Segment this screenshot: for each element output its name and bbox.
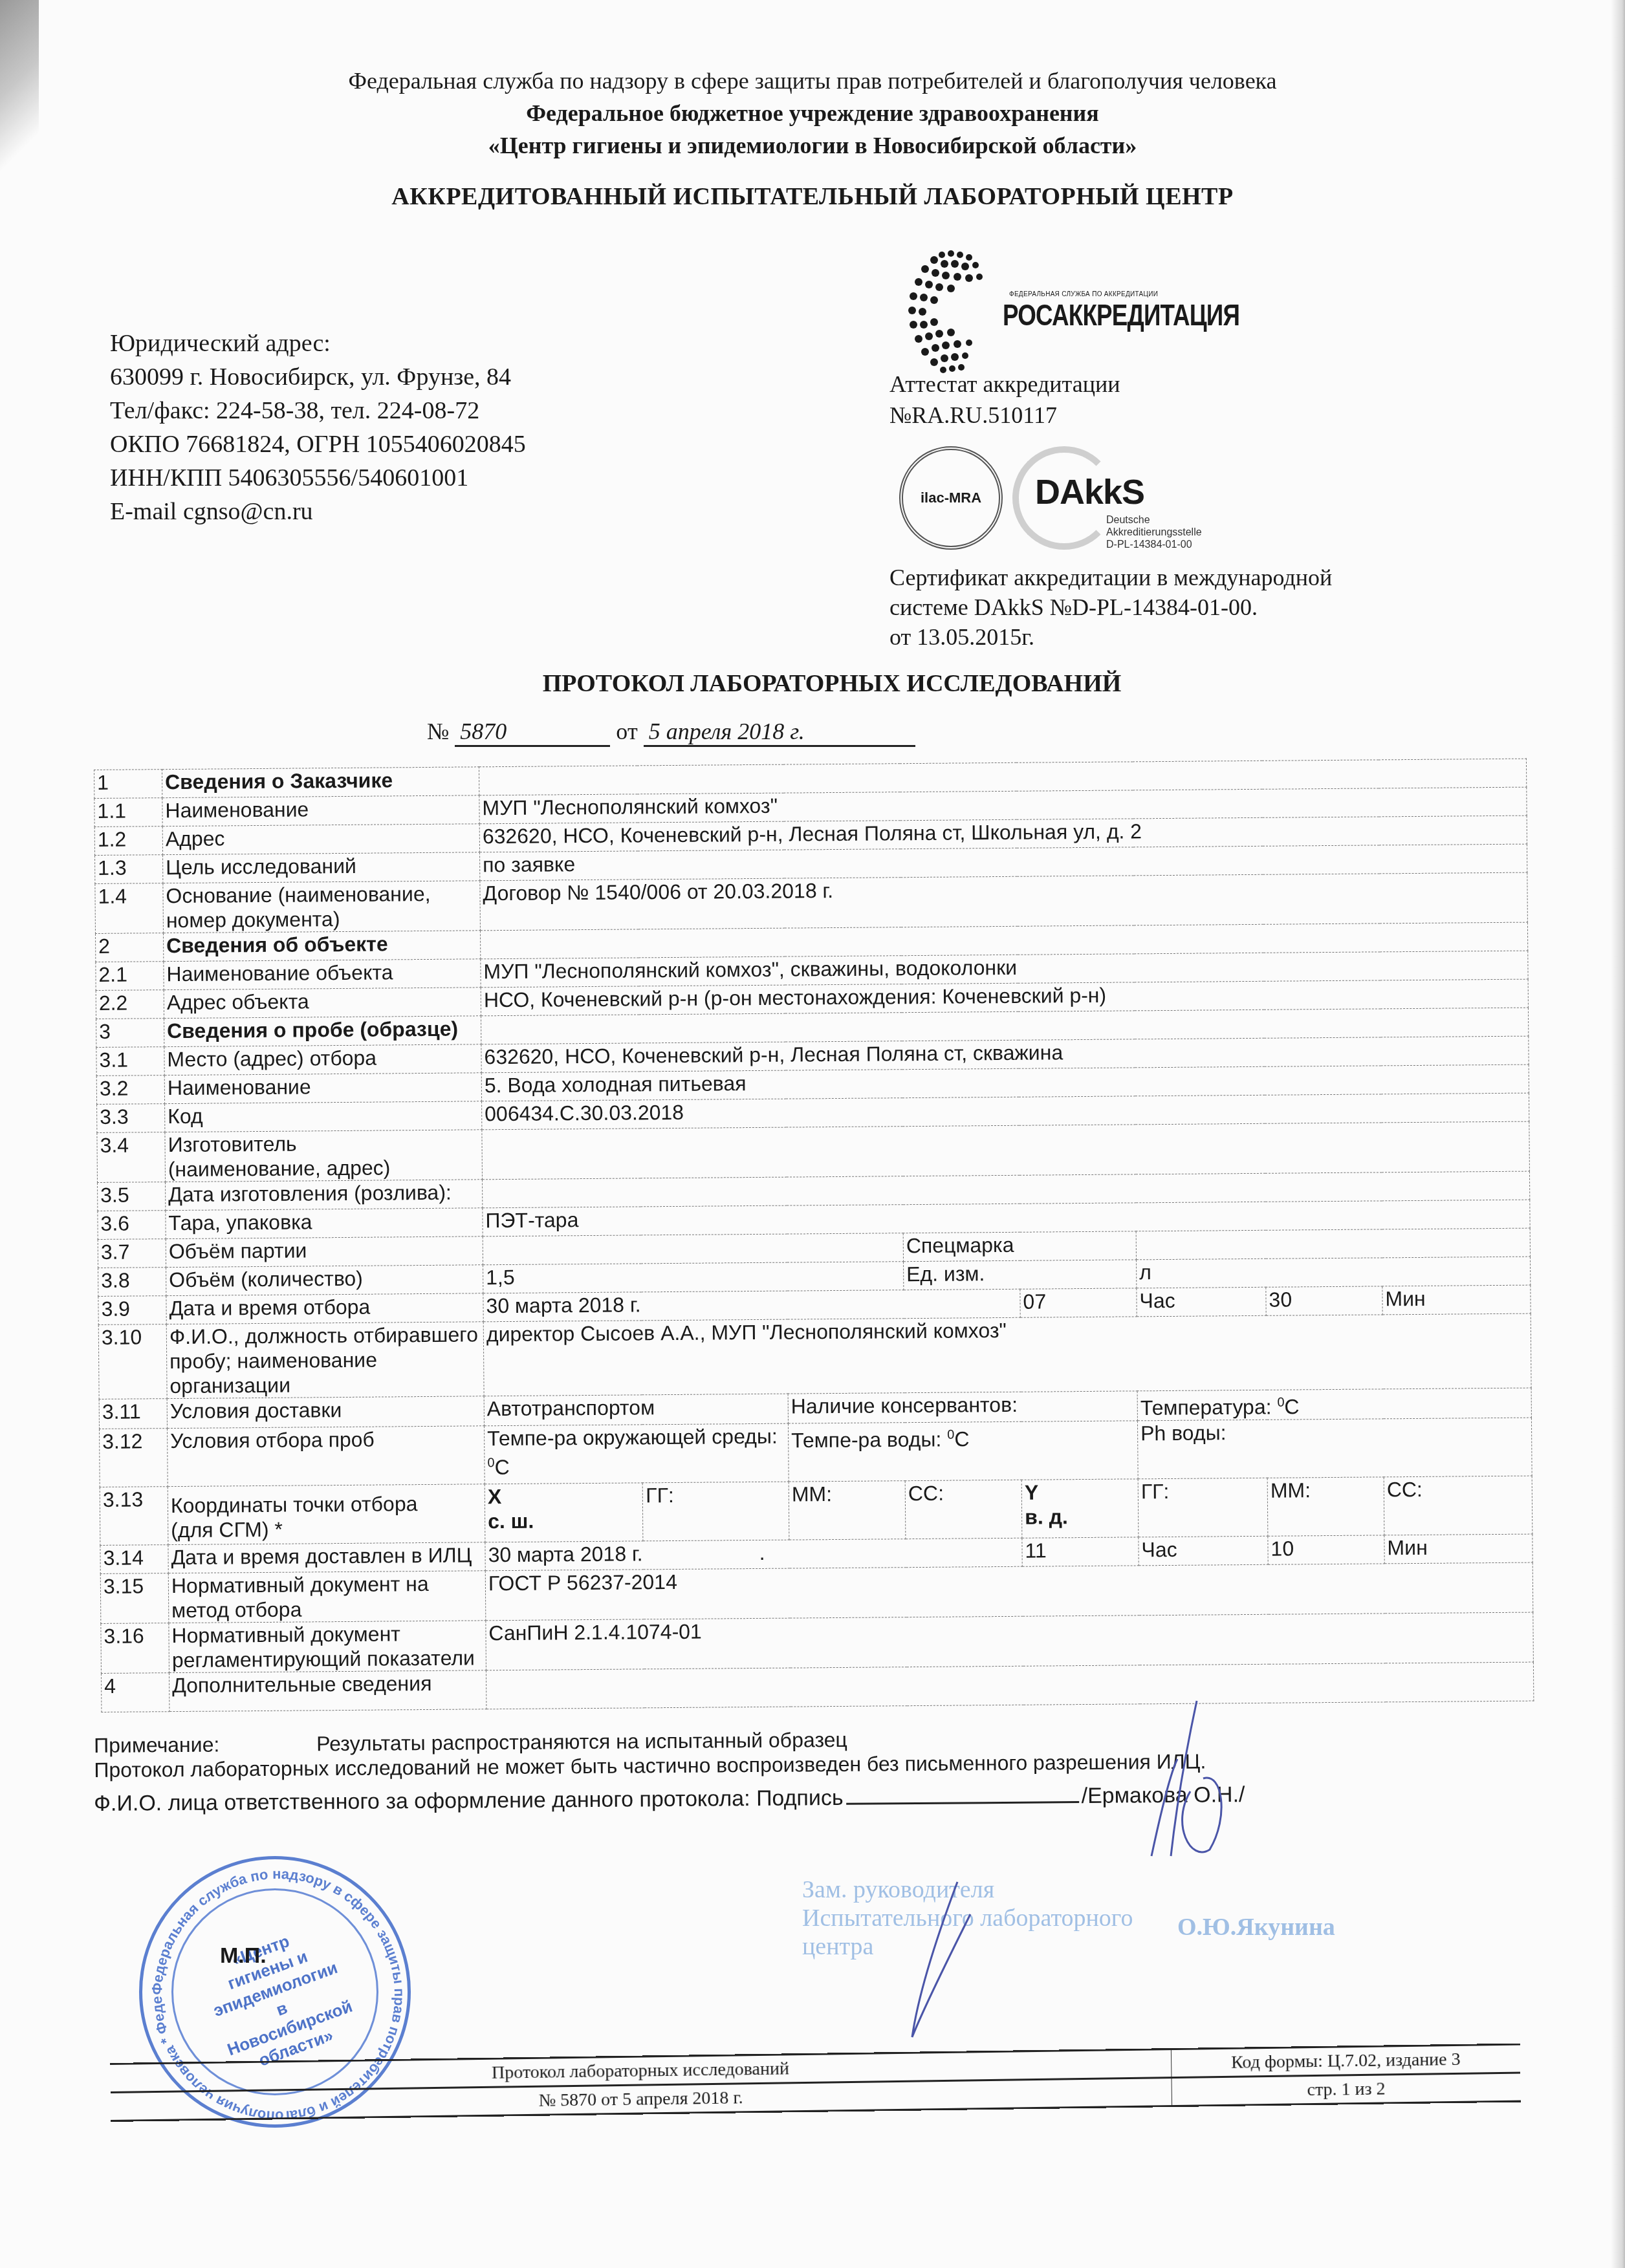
protocol-number: 5870 [455, 718, 610, 747]
basis-document: Договор № 1540/006 от 20.03.2018 г. [480, 872, 1528, 931]
stamp-place-label: М.П. [220, 1943, 267, 1969]
legal-address: 630099 г. Новосибирск, ул. Фрунзе, 84 [110, 360, 526, 394]
signature-line [846, 1801, 1079, 1805]
regulatory-standard: СанПиН 2.1.4.1074-01 [486, 1612, 1534, 1670]
legal-address-title: Юридический адрес: [110, 327, 526, 360]
note-label: Примечание: [94, 1733, 219, 1757]
from-label: от [616, 718, 637, 744]
table-row: 3.10 Ф.И.О., должность отбиравшегопробу;… [98, 1313, 1531, 1399]
dakks-certificate: Сертификат аккредитации в международной … [889, 563, 1332, 652]
sampler-name: директор Сысоев А.А., МУП "Леснополянски… [483, 1313, 1531, 1396]
institution-type: Федеральное бюджетное учреждение здравоо… [0, 97, 1625, 129]
organization-header: Федеральная служба по надзору в сфере за… [0, 65, 1625, 162]
coord-x: Xс. ш. [485, 1483, 643, 1542]
attestat-label: Аттестат аккредитации [889, 369, 1120, 400]
responsible-person-line: Ф.И.О. лица ответственного за оформление… [94, 1782, 1245, 1817]
protocol-date: 5 апреля 2018 г. [644, 718, 915, 747]
sample-quantity: 1,5 [483, 1262, 904, 1293]
email: E-mail cgnso@cn.ru [110, 495, 526, 528]
inn-kpp: ИНН/КПП 5406305556/540601001 [110, 461, 526, 495]
attestat-number: №RA.RU.510117 [889, 400, 1120, 431]
rosakk-name: РОСАККРЕДИТАЦИЯ [1003, 297, 1239, 332]
additional-info [486, 1662, 1533, 1709]
sampling-hour: 07 [1020, 1288, 1137, 1317]
section-sample: Сведения о пробе (образце) [164, 1016, 481, 1047]
sampling-method-standard: ГОСТ Р 56237-2014 [485, 1562, 1533, 1621]
accreditation-attestat: Аттестат аккредитации №RA.RU.510117 [889, 369, 1120, 431]
form-code: Код формы: Ц.7.02, издание 3 [1171, 2044, 1521, 2078]
international-accreditation-logos: ilac-MRA DAkkS Deutsche Akkreditierungss… [899, 446, 1261, 556]
deputy-signature-icon [899, 1875, 990, 2044]
deputy-name: О.Ю.Якунина [1177, 1913, 1335, 1941]
legal-address-block: Юридический адрес: 630099 г. Новосибирск… [110, 327, 526, 528]
okpo-ogrn: ОКПО 76681824, ОГРН 1055406020845 [110, 427, 526, 461]
table-row: 3.12 Условия отбора проб Темпе-ра окружа… [100, 1418, 1532, 1487]
rosakk-dots-icon [906, 246, 990, 375]
batch-volume [483, 1233, 903, 1265]
agency-name: Федеральная служба по надзору в сфере за… [0, 65, 1625, 97]
special-mark [1136, 1228, 1530, 1260]
dakks-logo-text: DAkkS [1035, 472, 1144, 512]
section-customer: Сведения о Заказчике [162, 767, 479, 798]
scan-edge-shadow [1611, 0, 1625, 2268]
protocol-number-line: № 5870 от 5 апреля 2018 г. [427, 718, 915, 747]
institution-name: «Центр гигиены и эпидемиологии в Новосиб… [0, 129, 1625, 162]
page-number: стр. 1 из 2 [1171, 2073, 1521, 2106]
protocol-table: 1 Сведения о Заказчике 1.1 Наименование … [94, 759, 1534, 1712]
phone: Тел/факс: 224-58-38, тел. 224-08-72 [110, 394, 526, 427]
number-sign: № [427, 718, 449, 744]
signature-icon [1126, 1694, 1242, 1863]
manufacturer [482, 1121, 1530, 1180]
unit: л [1137, 1257, 1531, 1288]
dakks-subtitle: Deutsche Akkreditierungsstelle D-PL-1438… [1106, 514, 1202, 551]
rosakkreditatsiya-logo: ФЕДЕРАЛЬНАЯ СЛУЖБА ПО АККРЕДИТАЦИИ РОСАК… [906, 246, 1242, 375]
delivery-minute: 10 [1268, 1535, 1384, 1564]
delivery-date: 30 марта 2018 г.. [485, 1538, 1022, 1571]
notes: Примечание:Результаты распространяются н… [94, 1724, 1206, 1782]
sampling-date: 30 марта 2018 г. [483, 1289, 1020, 1322]
accredited-center-title: АККРЕДИТОВАННЫЙ ИСПЫТАТЕЛЬНЫЙ ЛАБОРАТОРН… [0, 182, 1625, 211]
ilac-mra-logo: ilac-MRA [899, 446, 1003, 550]
note-text: Результаты распространяются на испытанны… [316, 1728, 847, 1755]
section-object: Сведения об объекте [163, 931, 480, 962]
table-row: 3.13 Координаты точки отбора(для СГМ) * … [100, 1476, 1532, 1545]
sampling-minute: 30 [1266, 1286, 1382, 1315]
ilac-label: ilac-MRA [919, 490, 983, 506]
delivery-hour: 11 [1022, 1537, 1139, 1566]
delivery-method: Автотранспортом [484, 1394, 788, 1425]
protocol-title: ПРОТОКОЛ ЛАБОРАТОРНЫХ ИССЛЕДОВАНИЙ [0, 669, 1625, 698]
coord-y: Yв. д. [1021, 1479, 1139, 1538]
